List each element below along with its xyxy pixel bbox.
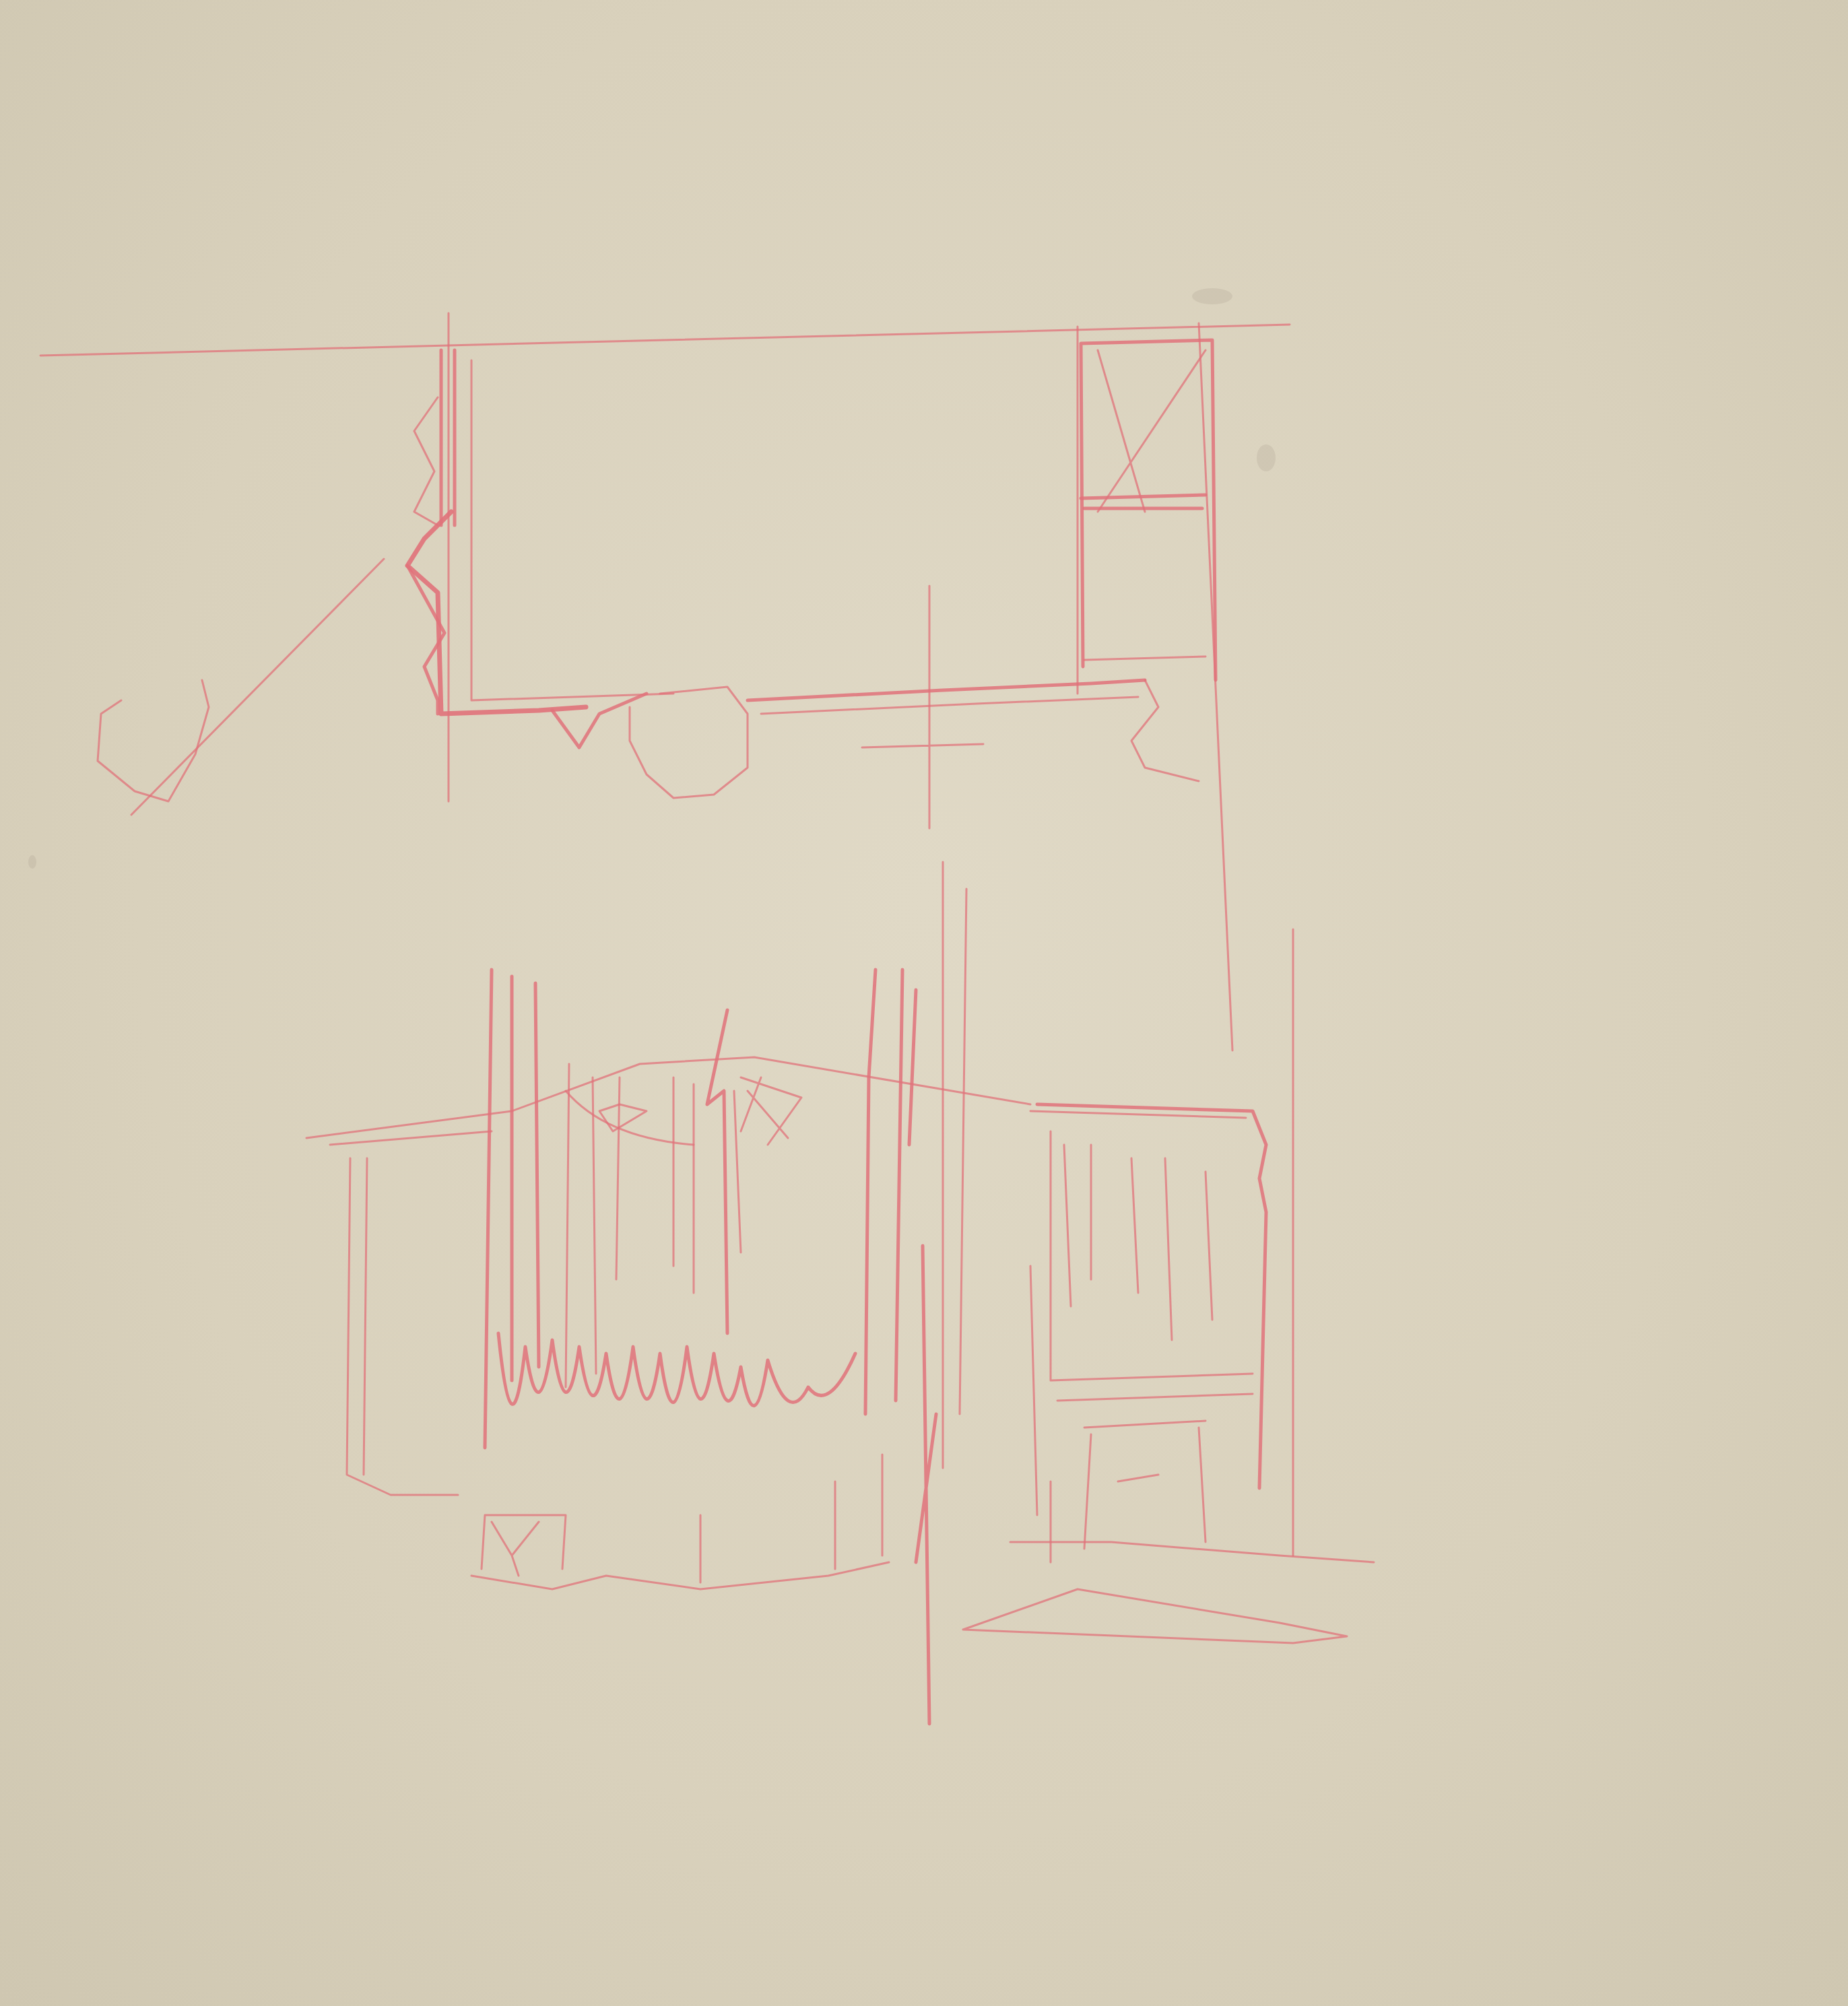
sketch-paper (0, 0, 1848, 2006)
sketch-drawing (0, 0, 1848, 2006)
perspective-drawing (306, 862, 1374, 1724)
plan-drawing (40, 313, 1290, 1050)
